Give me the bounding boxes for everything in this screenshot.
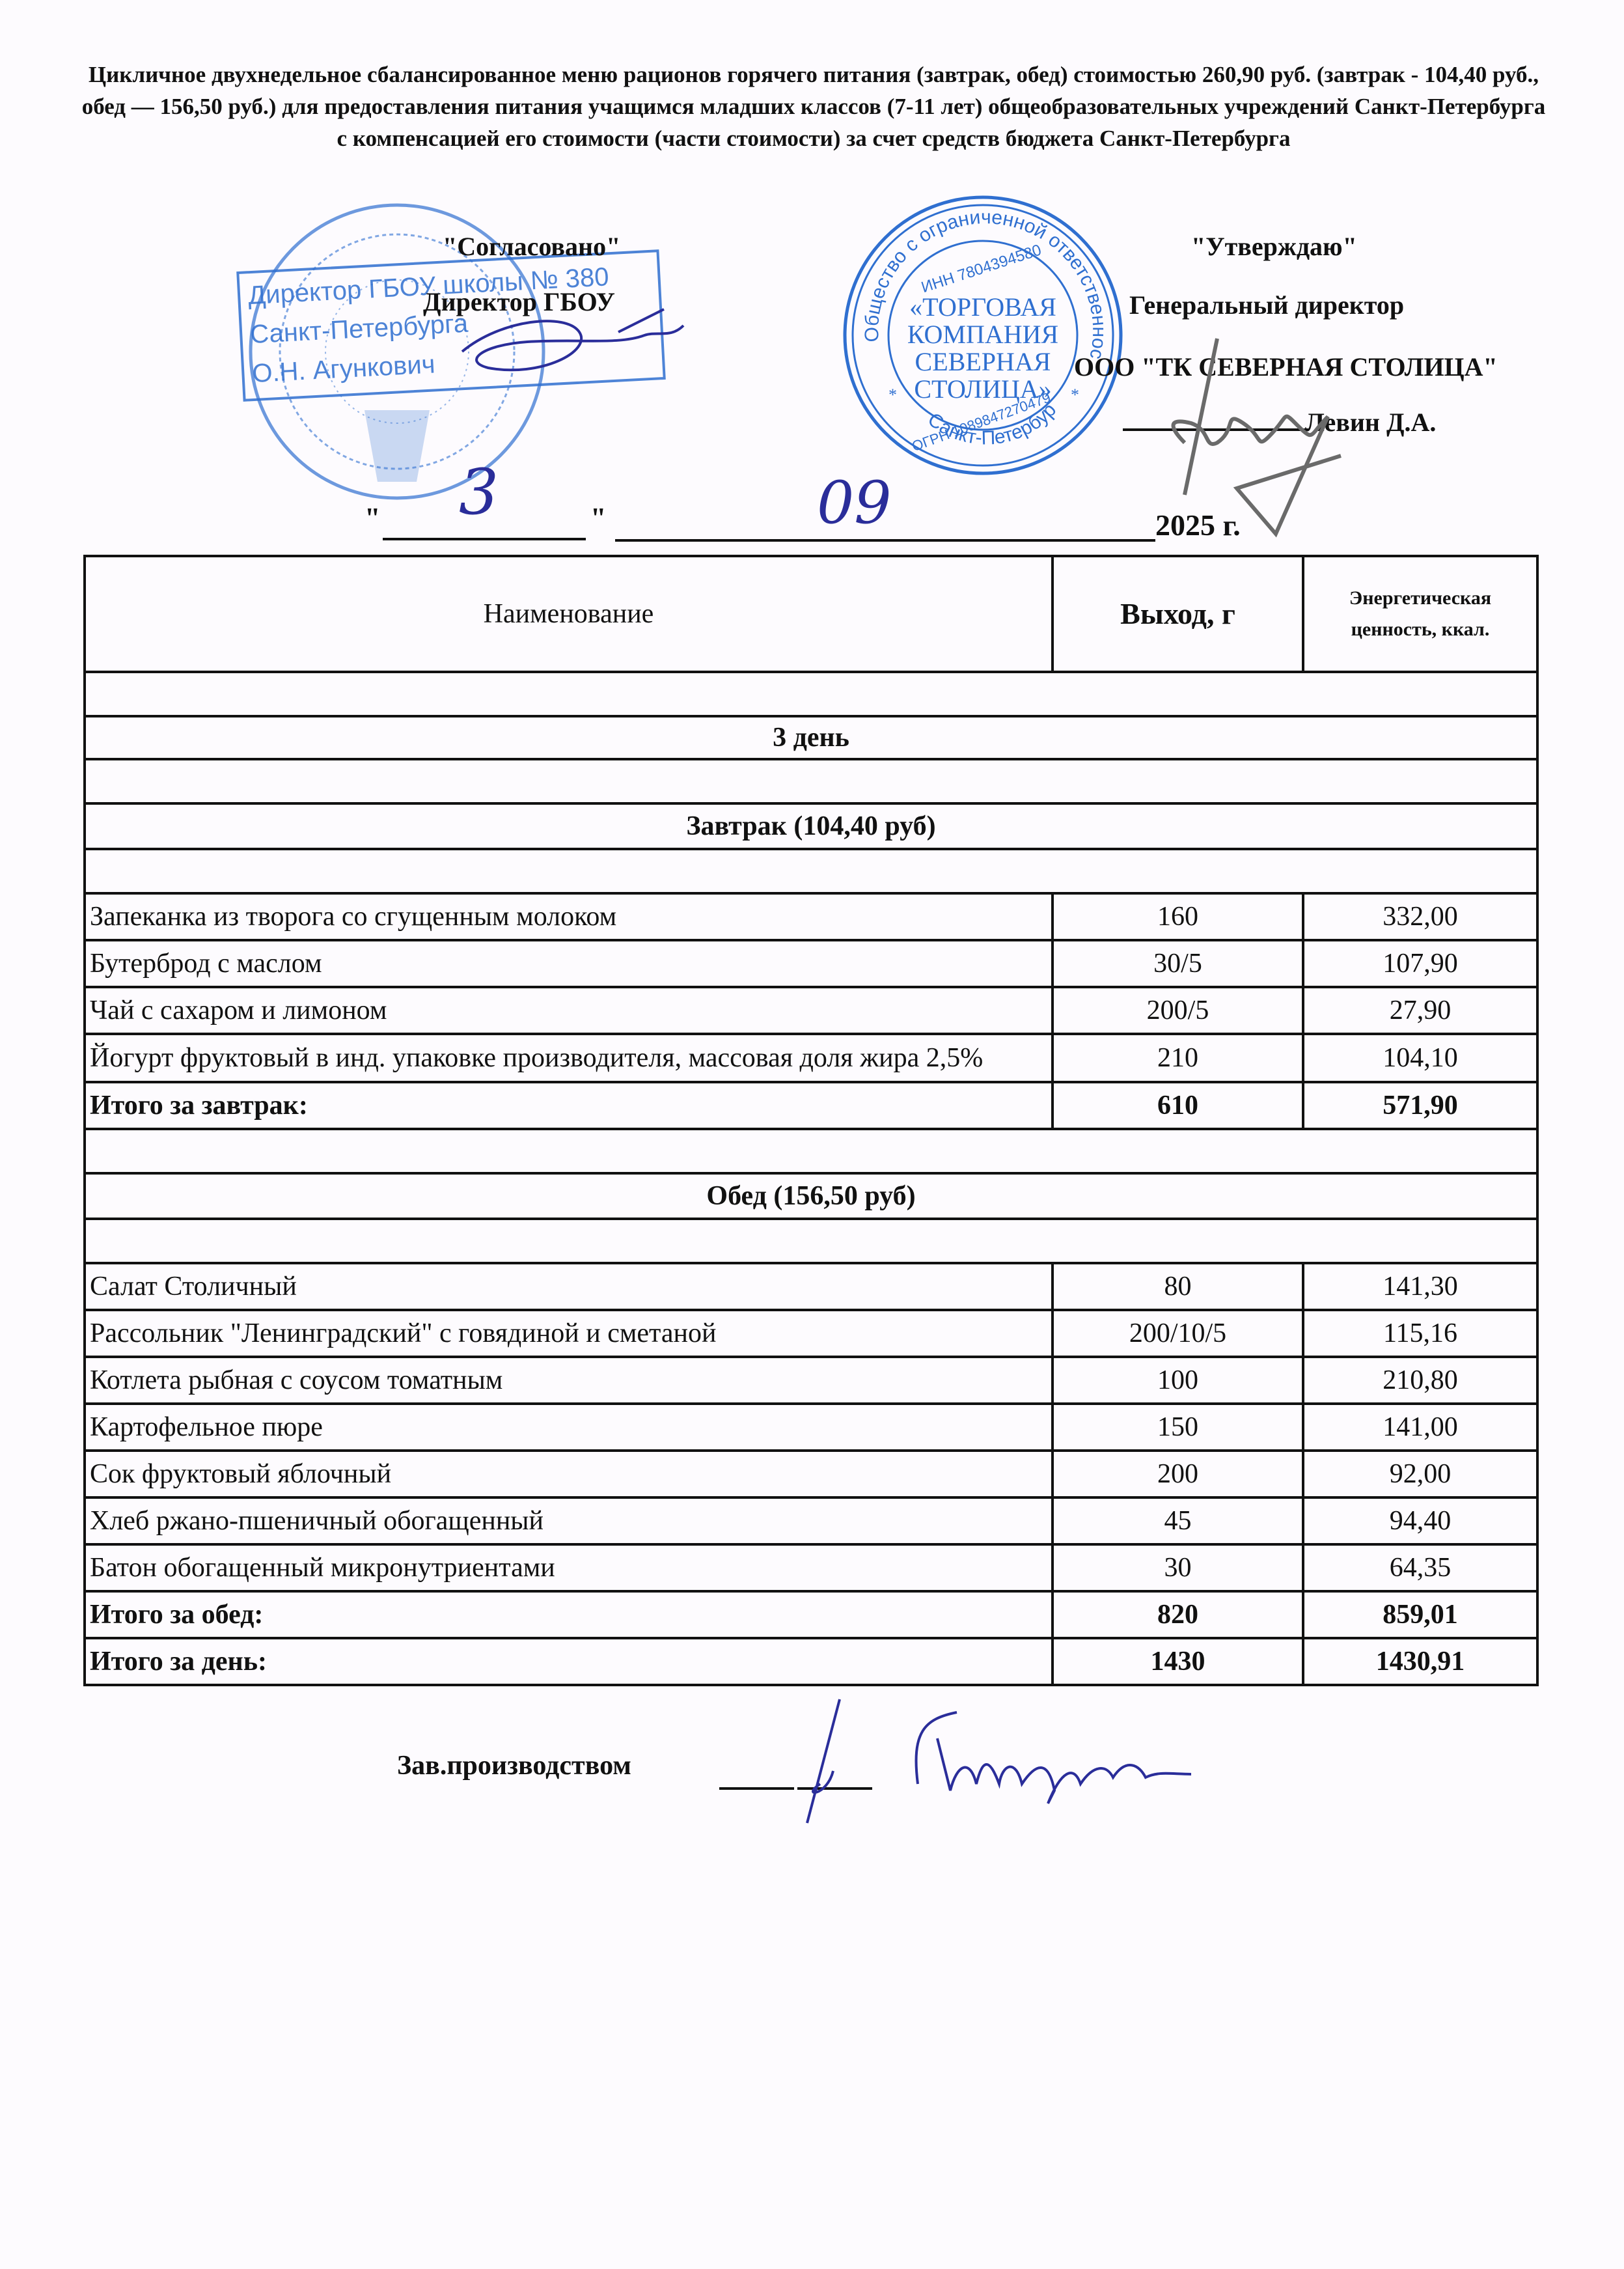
production-manager-signature bbox=[742, 1693, 1341, 1849]
total-label: Итого за день: bbox=[85, 1638, 1053, 1685]
item-energy: 107,90 bbox=[1303, 940, 1537, 987]
company-round-stamp: Общество с ограниченной ответственностью… bbox=[840, 192, 1126, 479]
date-month-handwritten: 09 bbox=[817, 469, 892, 537]
item-energy: 141,30 bbox=[1303, 1263, 1537, 1310]
day-label: 3 день bbox=[85, 716, 1537, 759]
director-signature bbox=[449, 306, 696, 384]
table-row: Сок фруктовый яблочный 200 92,00 bbox=[85, 1451, 1537, 1497]
table-row: Рассольник "Ленинградский" с говядиной и… bbox=[85, 1310, 1537, 1357]
item-name: Котлета рыбная с соусом томатным bbox=[85, 1357, 1053, 1404]
item-energy: 141,00 bbox=[1303, 1404, 1537, 1451]
item-name: Бутерброд с маслом bbox=[85, 940, 1053, 987]
item-energy: 210,80 bbox=[1303, 1357, 1537, 1404]
item-yield: 30 bbox=[1053, 1544, 1303, 1591]
lunch-total-row: Итого за обед: 820 859,01 bbox=[85, 1591, 1537, 1638]
header-energy: Энергетическая ценность, ккал. bbox=[1303, 556, 1537, 672]
item-name: Картофельное пюре bbox=[85, 1404, 1053, 1451]
date-year: 2025 г. bbox=[1155, 508, 1241, 542]
item-name: Салат Столичный bbox=[85, 1263, 1053, 1310]
total-energy: 571,90 bbox=[1303, 1082, 1537, 1129]
svg-text:*: * bbox=[888, 385, 897, 404]
spacer-row bbox=[85, 672, 1537, 716]
item-energy: 27,90 bbox=[1303, 987, 1537, 1034]
total-label: Итого за завтрак: bbox=[85, 1082, 1053, 1129]
spacer-row bbox=[85, 1129, 1537, 1173]
svg-text:ИНН 7804394580: ИНН 7804394580 bbox=[919, 241, 1043, 296]
header-name: Наименование bbox=[85, 556, 1053, 672]
date-day-line bbox=[383, 538, 586, 540]
item-yield: 200/10/5 bbox=[1053, 1310, 1303, 1357]
item-yield: 160 bbox=[1053, 893, 1303, 940]
item-energy: 332,00 bbox=[1303, 893, 1537, 940]
table-row: Картофельное пюре 150 141,00 bbox=[85, 1404, 1537, 1451]
item-yield: 80 bbox=[1053, 1263, 1303, 1310]
approval-left-heading: "Согласовано" bbox=[443, 231, 620, 262]
menu-table: Наименование Выход, г Энергетическая цен… bbox=[83, 555, 1539, 1686]
table-row: Чай с сахаром и лимоном 200/5 27,90 bbox=[85, 987, 1537, 1034]
date-day-handwritten: 3 bbox=[459, 456, 499, 529]
item-yield: 45 bbox=[1053, 1497, 1303, 1544]
document-title: Цикличное двухнедельное сбалансированное… bbox=[78, 59, 1549, 154]
spacer-row bbox=[85, 1219, 1537, 1263]
table-row: Бутерброд с маслом 30/5 107,90 bbox=[85, 940, 1537, 987]
section-breakfast-title: Завтрак (104,40 руб) bbox=[85, 803, 1537, 849]
item-name: Батон обогащенный микронутриентами bbox=[85, 1544, 1053, 1591]
table-row: Йогурт фруктовый в инд. упаковке произво… bbox=[85, 1034, 1537, 1082]
item-yield: 150 bbox=[1053, 1404, 1303, 1451]
total-energy: 1430,91 bbox=[1303, 1638, 1537, 1685]
item-name: Сок фруктовый яблочный bbox=[85, 1451, 1053, 1497]
total-yield: 1430 bbox=[1053, 1638, 1303, 1685]
table-row: Хлеб ржано-пшеничный обогащенный 45 94,4… bbox=[85, 1497, 1537, 1544]
date-quote-close: " bbox=[590, 501, 606, 535]
item-name: Йогурт фруктовый в инд. упаковке произво… bbox=[85, 1034, 1053, 1082]
item-yield: 210 bbox=[1053, 1034, 1303, 1082]
item-energy: 92,00 bbox=[1303, 1451, 1537, 1497]
item-name: Хлеб ржано-пшеничный обогащенный bbox=[85, 1497, 1053, 1544]
svg-text:СЕВЕРНАЯ: СЕВЕРНАЯ bbox=[915, 347, 1051, 376]
svg-text:*: * bbox=[1071, 385, 1079, 404]
approval-right-heading: "Утверждаю" bbox=[1191, 231, 1357, 262]
item-name: Запеканка из творога со сгущенным молоко… bbox=[85, 893, 1053, 940]
item-yield: 100 bbox=[1053, 1357, 1303, 1404]
item-energy: 115,16 bbox=[1303, 1310, 1537, 1357]
spacer-row bbox=[85, 849, 1537, 893]
item-energy: 104,10 bbox=[1303, 1034, 1537, 1082]
spacer-row bbox=[85, 759, 1537, 803]
item-name: Рассольник "Ленинградский" с говядиной и… bbox=[85, 1310, 1053, 1357]
item-name: Чай с сахаром и лимоном bbox=[85, 987, 1053, 1034]
item-energy: 64,35 bbox=[1303, 1544, 1537, 1591]
svg-text:КОМПАНИЯ: КОМПАНИЯ bbox=[907, 320, 1058, 349]
table-row: Салат Столичный 80 141,30 bbox=[85, 1263, 1537, 1310]
production-manager-label: Зав.производством bbox=[397, 1750, 631, 1781]
table-header-row: Наименование Выход, г Энергетическая цен… bbox=[85, 556, 1537, 672]
date-month-line bbox=[615, 539, 1155, 542]
item-energy: 94,40 bbox=[1303, 1497, 1537, 1544]
total-energy: 859,01 bbox=[1303, 1591, 1537, 1638]
item-yield: 200/5 bbox=[1053, 987, 1303, 1034]
total-yield: 820 bbox=[1053, 1591, 1303, 1638]
breakfast-total-row: Итого за завтрак: 610 571,90 bbox=[85, 1082, 1537, 1129]
table-row: Батон обогащенный микронутриентами 30 64… bbox=[85, 1544, 1537, 1591]
date-quote-open: " bbox=[365, 501, 380, 535]
total-yield: 610 bbox=[1053, 1082, 1303, 1129]
total-label: Итого за обед: bbox=[85, 1591, 1053, 1638]
table-row: Запеканка из творога со сгущенным молоко… bbox=[85, 893, 1537, 940]
table-row: Котлета рыбная с соусом томатным 100 210… bbox=[85, 1357, 1537, 1404]
day-total-row: Итого за день: 1430 1430,91 bbox=[85, 1638, 1537, 1685]
header-yield: Выход, г bbox=[1053, 556, 1303, 672]
item-yield: 30/5 bbox=[1053, 940, 1303, 987]
section-lunch-title: Обед (156,50 руб) bbox=[85, 1173, 1537, 1219]
item-yield: 200 bbox=[1053, 1451, 1303, 1497]
svg-text:«ТОРГОВАЯ: «ТОРГОВАЯ bbox=[909, 292, 1056, 322]
approval-right-position: Генеральный директор bbox=[1129, 290, 1404, 320]
